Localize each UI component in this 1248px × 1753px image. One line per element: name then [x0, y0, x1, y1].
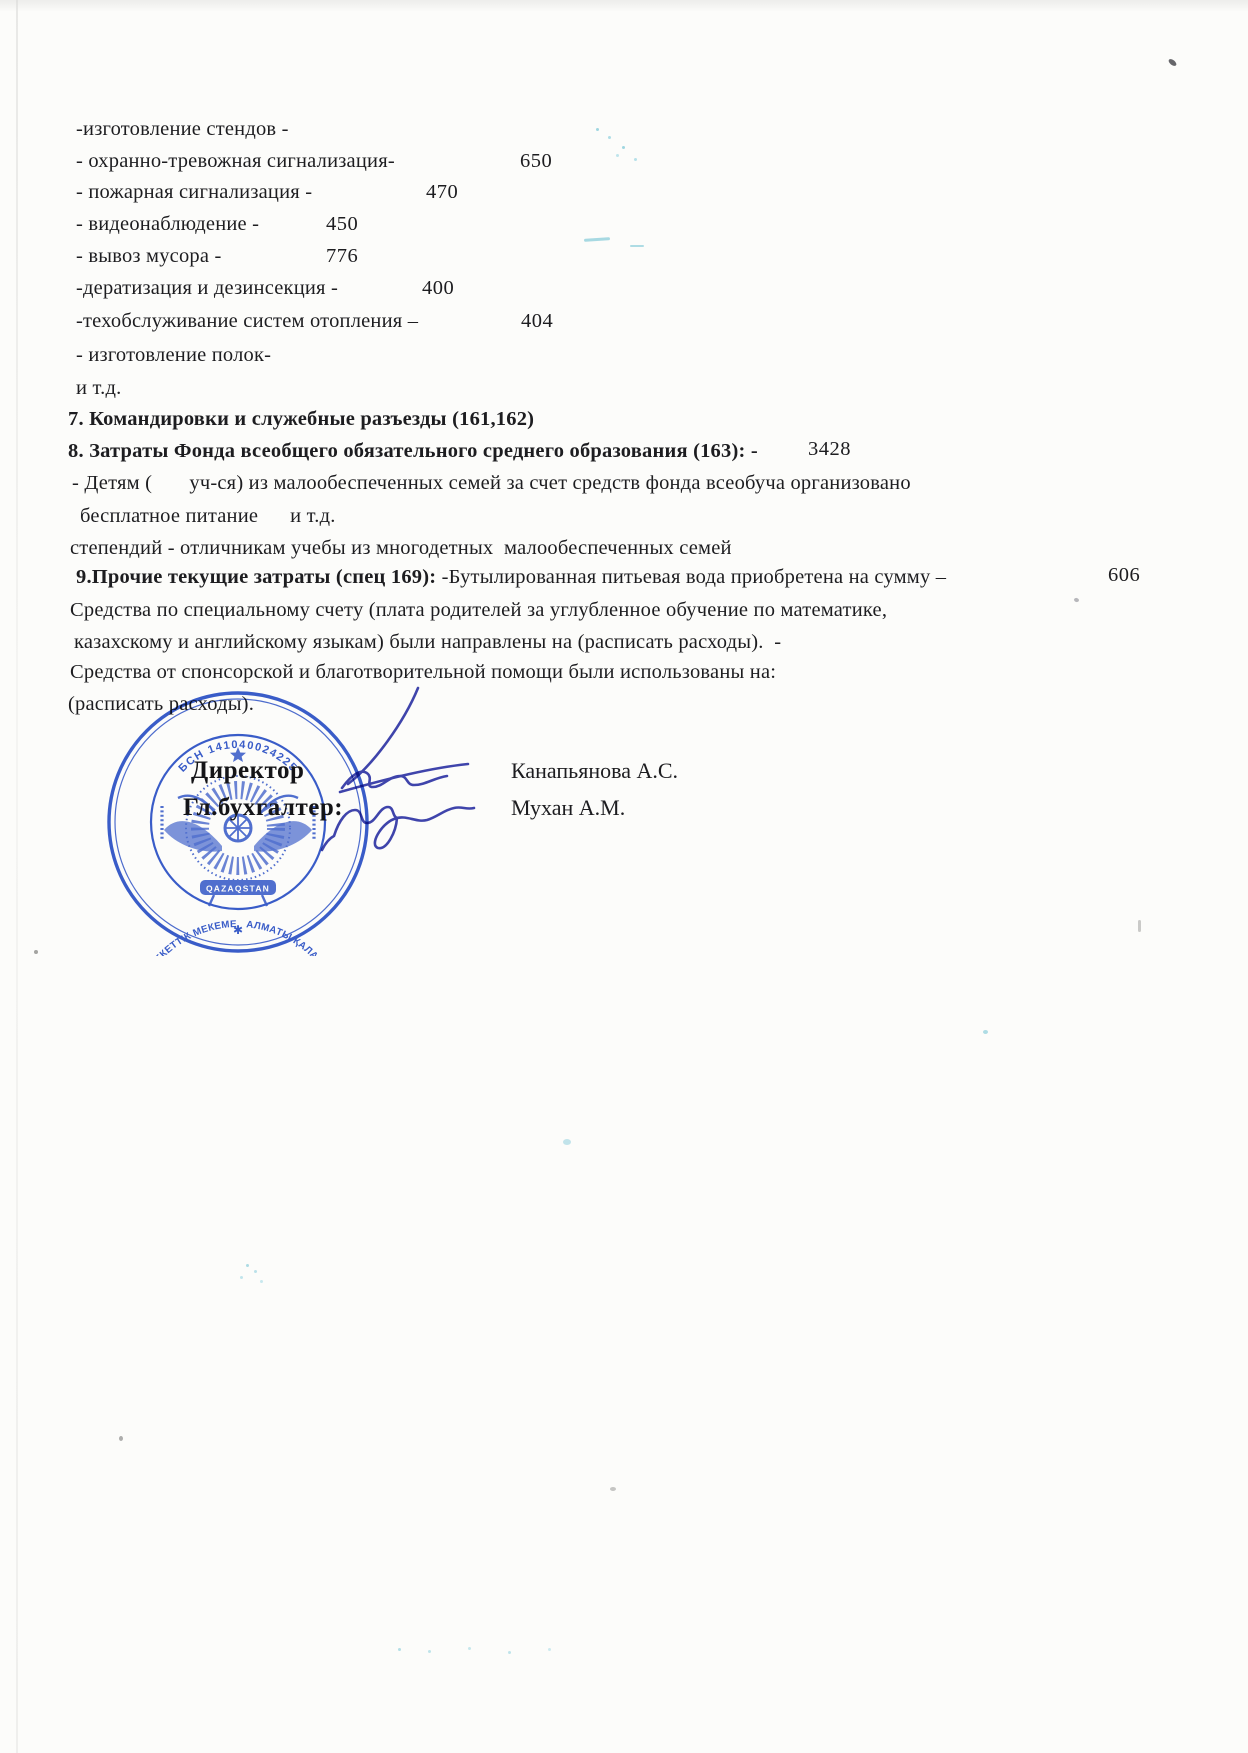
scan-artifact — [983, 1030, 988, 1034]
section-item-7: 7. Командировки и служебные разъезды (16… — [68, 408, 534, 431]
expense-amount: 450 — [326, 213, 358, 236]
scan-artifact — [398, 1648, 401, 1651]
expense-line: -изготовление стендов - — [76, 118, 289, 141]
expense-line: - пожарная сигнализация - — [76, 181, 312, 204]
accountant-signature — [322, 807, 474, 850]
handwritten-signatures — [300, 660, 540, 900]
scan-artifact — [563, 1139, 571, 1145]
scan-artifact — [630, 245, 644, 247]
expense-line: - видеонаблюдение - — [76, 213, 259, 236]
expense-amount: 776 — [326, 245, 358, 268]
scan-artifact — [584, 237, 610, 242]
item9-bold-label: 9.Прочие текущие затраты (спец 169): — [76, 566, 436, 588]
expense-amount: 404 — [521, 310, 553, 333]
expense-line: - охранно-тревожная сигнализация- — [76, 150, 395, 173]
scan-artifact — [1073, 597, 1079, 602]
section-item-8: 8. Затраты Фонда всеобщего обязательного… — [68, 440, 758, 463]
item8-note: - Детям ( уч-ся) из малообеспеченных сем… — [72, 472, 911, 495]
scan-artifact — [34, 950, 38, 954]
scanned-document-page: -изготовление стендов - - охранно-тревож… — [0, 0, 1248, 1753]
item9-note: казахскому и английскому языкам) были на… — [74, 631, 781, 654]
expense-amount: 470 — [426, 181, 458, 204]
stamp-banner-text: QAZAQSTAN — [206, 884, 270, 894]
expense-line: -техобслуживание систем отопления – — [76, 310, 418, 333]
scan-artifact — [246, 1264, 249, 1267]
item8-note: степендий - отличникам учебы из многодет… — [70, 537, 732, 560]
stamp-separator-star: ✱ — [233, 923, 243, 937]
scan-artifact — [119, 1436, 123, 1441]
expense-line: - вывоз мусора - — [76, 245, 222, 268]
item9-rest-label: -Бутылированная питьевая вода приобретен… — [436, 566, 946, 588]
expense-line: - изготовление полок- — [76, 344, 271, 367]
item8-amount: 3428 — [808, 438, 851, 461]
scan-artifact — [1138, 920, 1141, 932]
scan-artifact — [610, 1487, 616, 1491]
scan-artifact — [1167, 58, 1177, 67]
item9-amount: 606 — [1108, 564, 1140, 587]
expense-amount: 650 — [520, 150, 552, 173]
expense-line: и т.д. — [76, 377, 121, 400]
expense-line: -дератизация и дезинсекция - — [76, 277, 338, 300]
section-item-9: 9.Прочие текущие затраты (спец 169): -Бу… — [76, 566, 946, 589]
expense-amount: 400 — [422, 277, 454, 300]
item9-note: Средства по специальному счету (плата ро… — [70, 599, 887, 622]
item8-note: бесплатное питание и т.д. — [80, 505, 336, 528]
director-label: Директор — [191, 757, 304, 785]
director-signature — [348, 688, 418, 784]
scan-artifact — [596, 128, 599, 131]
